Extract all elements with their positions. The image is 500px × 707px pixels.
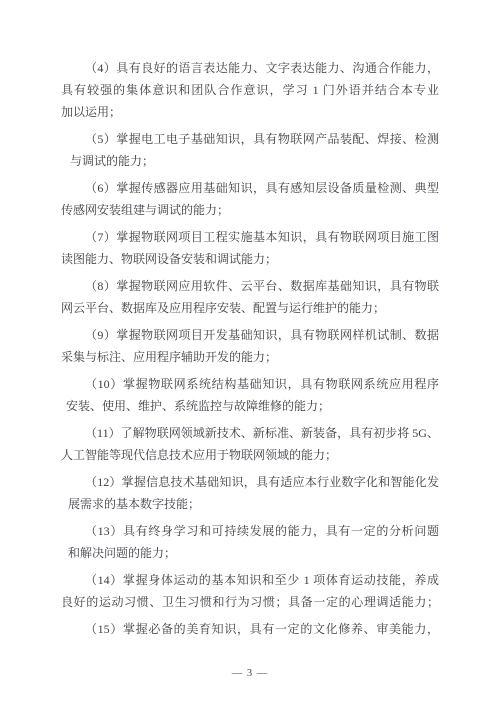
text-line: 加以运用； [61, 101, 439, 123]
text-line: （10）掌握物联网系统结构基础知识，具有物联网系统应用程序 [61, 373, 439, 395]
paragraph-item: （8）掌握物联网应用软件、云平台、数据库基础知识，具有物联网云平台、数据库及应用… [61, 275, 439, 319]
paragraph-item: （12）掌握信息技术基础知识，具有适应本行业数字化和智能化发展需求的基本数字技能… [61, 471, 439, 515]
paragraph-item: （6）掌握传感器应用基础知识，具有感知层设备质量检测、典型传感网安装组建与调试的… [61, 177, 439, 221]
text-line: （15）掌握必备的美育知识，具有一定的文化修养、审美能力， [61, 618, 439, 640]
paragraph-item: （9）掌握物联网项目开发基础知识，具有物联网样机试制、数据采集与标注、应用程序辅… [61, 324, 439, 368]
text-line: （7）掌握物联网项目工程实施基本知识，具有物联网项目施工图 [61, 226, 439, 248]
text-line: （4）具有良好的语言表达能力、文字表达能力、沟通合作能力， [61, 57, 439, 79]
text-line: （8）掌握物联网应用软件、云平台、数据库基础知识，具有物联 [61, 275, 439, 297]
page-number: — 3 — [0, 668, 500, 679]
text-line: 和解决问题的能力； [61, 542, 439, 564]
text-line: （9）掌握物联网项目开发基础知识，具有物联网样机试制、数据 [61, 324, 439, 346]
text-line: 传感网安装组建与调试的能力； [61, 199, 439, 221]
document-page: （4）具有良好的语言表达能力、文字表达能力、沟通合作能力，具有较强的集体意识和团… [0, 0, 500, 707]
text-line: 采集与标注、应用程序辅助开发的能力； [61, 346, 439, 368]
text-line: （12）掌握信息技术基础知识，具有适应本行业数字化和智能化发 [61, 471, 439, 493]
text-line: （11）了解物联网领域新技术、新标准、新装备，具有初步将 5G、 [61, 422, 439, 444]
paragraph-item: （7）掌握物联网项目工程实施基本知识，具有物联网项目施工图读图能力、物联网设备安… [61, 226, 439, 270]
text-line: （6）掌握传感器应用基础知识，具有感知层设备质量检测、典型 [61, 177, 439, 199]
paragraph-item: （14）掌握身体运动的基本知识和至少 1 项体育运动技能，养成良好的运动习惯、卫… [61, 569, 439, 613]
paragraph-item: （4）具有良好的语言表达能力、文字表达能力、沟通合作能力，具有较强的集体意识和团… [61, 57, 439, 123]
paragraph-item: （15）掌握必备的美育知识，具有一定的文化修养、审美能力， [61, 618, 439, 640]
text-line: 人工智能等现代信息技术应用于物联网领域的能力； [61, 444, 439, 466]
paragraph-item: （13）具有终身学习和可持续发展的能力，具有一定的分析问题和解决问题的能力； [61, 520, 439, 564]
text-line: 安装、使用、维护、系统监控与故障维修的能力； [61, 395, 439, 417]
text-line: 展需求的基本数字技能； [61, 493, 439, 515]
paragraph-item: （5）掌握电工电子基础知识，具有物联网产品装配、焊接、检测与调试的能力； [61, 128, 439, 172]
text-line: 与调试的能力； [61, 150, 439, 172]
text-line: 具有较强的集体意识和团队合作意识，学习 1 门外语并结合本专业 [61, 79, 439, 101]
text-line: （5）掌握电工电子基础知识，具有物联网产品装配、焊接、检测 [61, 128, 439, 150]
paragraph-item: （10）掌握物联网系统结构基础知识，具有物联网系统应用程序安装、使用、维护、系统… [61, 373, 439, 417]
text-line: （14）掌握身体运动的基本知识和至少 1 项体育运动技能，养成 [61, 569, 439, 591]
text-line: 网云平台、数据库及应用程序安装、配置与运行维护的能力； [61, 297, 439, 319]
text-line: 读图能力、物联网设备安装和调试能力； [61, 248, 439, 270]
document-body: （4）具有良好的语言表达能力、文字表达能力、沟通合作能力，具有较强的集体意识和团… [61, 57, 439, 645]
text-line: （13）具有终身学习和可持续发展的能力，具有一定的分析问题 [61, 520, 439, 542]
paragraph-item: （11）了解物联网领域新技术、新标准、新装备，具有初步将 5G、人工智能等现代信… [61, 422, 439, 466]
text-line: 良好的运动习惯、卫生习惯和行为习惯；具备一定的心理调适能力； [61, 591, 439, 613]
